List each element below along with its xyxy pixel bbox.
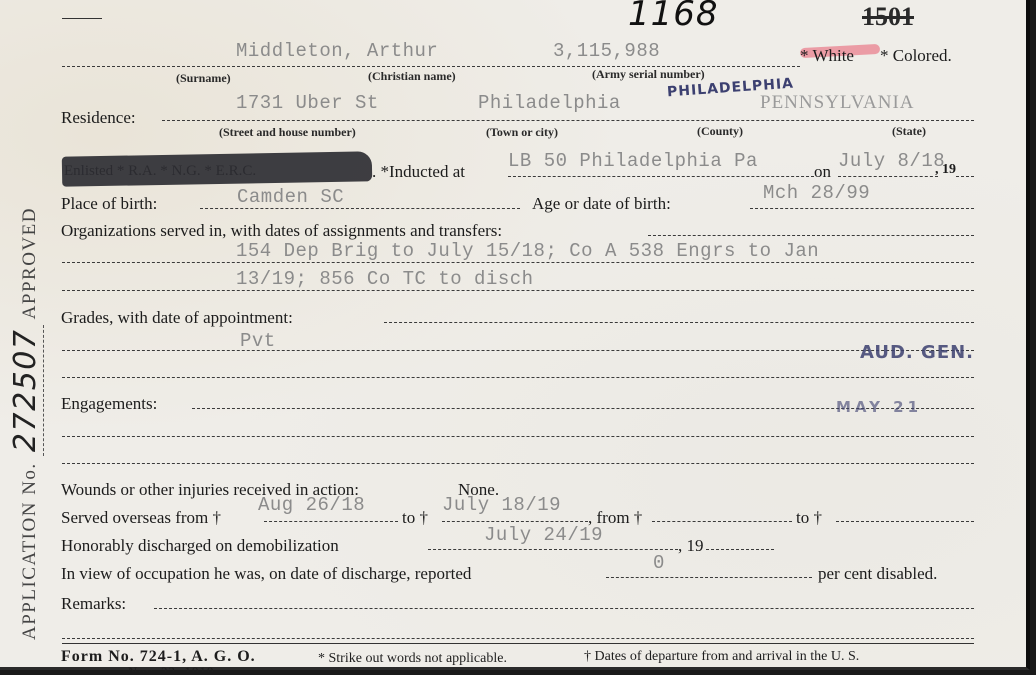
- street-label: (Street and house number): [219, 125, 356, 140]
- place-of-birth-line: [200, 208, 520, 209]
- organizations-line-2: 13/19; 856 Co TC to disch: [236, 268, 534, 290]
- residence-label: Residence:: [61, 108, 136, 128]
- remarks-label: Remarks:: [61, 594, 126, 614]
- aud-gen-stamp: AUD. GEN.: [860, 342, 974, 363]
- handwritten-number: 1168: [628, 0, 719, 34]
- redaction-mark: [62, 151, 372, 186]
- grades-label-line: [384, 322, 974, 323]
- grades-rule-2: [62, 377, 974, 378]
- residence-line: [162, 120, 974, 121]
- application-stamp: APPLICATION No. 272507 APPROVED: [8, 207, 43, 640]
- induction-place-line: [508, 176, 814, 177]
- form-date: Nov. 22, 1919: [128, 664, 215, 672]
- overseas-to2-label: to †: [796, 508, 822, 528]
- application-suffix: APPROVED: [19, 207, 40, 319]
- state-label: (State): [892, 124, 926, 139]
- induction-date-value: July 8/18: [838, 150, 945, 172]
- remarks-line: [154, 608, 974, 609]
- remarks-rule: [62, 638, 974, 639]
- place-of-birth-value: Camden SC: [237, 186, 344, 208]
- age-label: Age or date of birth:: [532, 194, 671, 214]
- application-number: 272507: [8, 325, 44, 457]
- overseas-from2-line: [652, 521, 792, 522]
- engagements-label: Engagements:: [61, 394, 157, 414]
- discharge-label: Honorably discharged on demobilization: [61, 536, 339, 556]
- inducted-label: . *Inducted at: [372, 162, 465, 182]
- birth-date-line: [750, 208, 974, 209]
- disability-label: In view of occupation he was, on date of…: [61, 564, 471, 584]
- date-stamp: MAY 21: [836, 398, 922, 416]
- induction-date-line: [838, 176, 938, 177]
- footer-rule: [62, 643, 974, 644]
- organizations-line-1: 154 Dep Brig to July 15/18; Co A 538 Eng…: [236, 240, 819, 262]
- overseas-to2-line: [836, 521, 974, 522]
- top-dash-mark: [62, 18, 102, 19]
- grades-label: Grades, with date of appointment:: [61, 308, 293, 328]
- county-label: (County): [697, 124, 743, 139]
- organizations-label: Organizations served in, with dates of a…: [61, 221, 502, 241]
- discharge-year-line: [706, 549, 774, 550]
- name-value: Middleton, Arthur: [236, 40, 438, 62]
- town-value: Philadelphia: [478, 92, 621, 114]
- disability-suffix: per cent disabled.: [818, 564, 937, 584]
- town-label: (Town or city): [486, 125, 558, 140]
- race-white-option: * White: [800, 46, 854, 66]
- organizations-label-line: [648, 235, 974, 236]
- struck-number: 1501: [862, 2, 914, 32]
- engagements-rule-2: [62, 463, 974, 464]
- overseas-from-date: Aug 26/18: [258, 494, 365, 516]
- organizations-rule-1: [62, 262, 974, 263]
- overseas-to-label: to †: [402, 508, 428, 528]
- dates-note: † Dates of departure from and arrival in…: [584, 649, 859, 665]
- surname-label: (Surname): [176, 71, 231, 86]
- discharge-year-label: , 19: [678, 536, 704, 556]
- overseas-from-label: Served overseas from †: [61, 508, 221, 528]
- place-of-birth-label: Place of birth:: [61, 194, 157, 214]
- on-label: on: [814, 162, 831, 182]
- strike-note: * Strike out words not applicable.: [318, 651, 507, 667]
- overseas-to-date: July 18/19: [442, 494, 561, 516]
- disability-line: [606, 577, 812, 578]
- birth-date-value: Mch 28/99: [763, 182, 870, 204]
- induction-place-value: LB 50 Philadelphia Pa: [508, 150, 758, 172]
- induction-year-label: , 19: [935, 162, 956, 178]
- induction-year-line: [956, 176, 974, 177]
- race-colored-option: * Colored.: [880, 46, 952, 66]
- serial-number-label: (Army serial number): [592, 67, 705, 82]
- engagements-rule-1: [62, 436, 974, 437]
- serial-number-value: 3,115,988: [553, 40, 660, 62]
- discharge-line: [428, 549, 678, 550]
- overseas-from-line: [264, 521, 398, 522]
- organizations-rule-2: [62, 290, 974, 291]
- disability-value: 0: [653, 552, 665, 574]
- state-value: PENNSYLVANIA: [760, 92, 915, 114]
- grade-value: Pvt: [240, 330, 276, 352]
- service-record-card: APPLICATION No. 272507 APPROVED 1168 150…: [0, 0, 1030, 670]
- overseas-to-line: [442, 521, 588, 522]
- street-value: 1731 Uber St: [236, 92, 379, 114]
- grades-rule-1: [62, 350, 974, 351]
- discharge-date: July 24/19: [484, 524, 603, 546]
- christian-name-label: (Christian name): [368, 69, 456, 84]
- application-prefix: APPLICATION No.: [19, 462, 40, 640]
